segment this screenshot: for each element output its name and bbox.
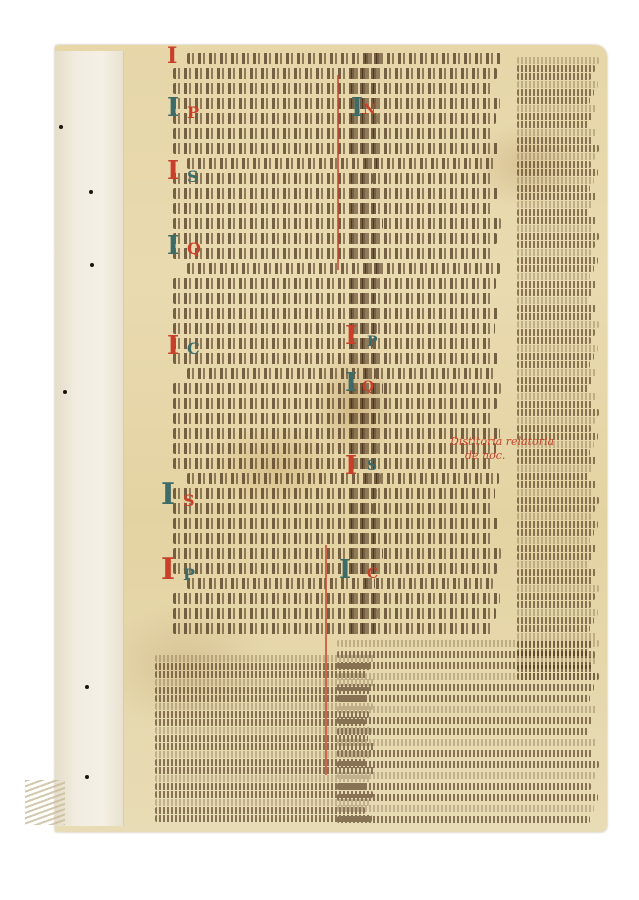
script-line (155, 695, 366, 702)
script-line (173, 518, 380, 529)
script-line (517, 305, 596, 312)
script-line (173, 128, 374, 139)
script-line (517, 249, 591, 256)
sewing-hole (59, 125, 63, 129)
script-line (337, 673, 598, 680)
script-line (351, 548, 501, 559)
script-line (337, 750, 592, 757)
sewing-hole (63, 390, 67, 394)
script-line (351, 518, 498, 529)
script-line (173, 458, 374, 469)
script-line (173, 533, 376, 544)
script-line (351, 218, 501, 229)
script-line (517, 105, 597, 112)
initial-I: I (351, 95, 363, 121)
sewing-hole (89, 190, 93, 194)
initial-S: S (367, 459, 377, 473)
script-line (517, 625, 590, 632)
script-line (351, 413, 493, 424)
sewing-hole (85, 685, 89, 689)
script-line (351, 533, 494, 544)
script-line (517, 545, 597, 552)
script-line (351, 278, 496, 289)
script-line (517, 169, 598, 176)
script-line (517, 537, 590, 544)
script-line (365, 368, 494, 379)
script-line (351, 173, 491, 184)
red-penwork-flourish (337, 75, 339, 270)
script-line (173, 338, 373, 349)
initial-I: I (345, 323, 357, 349)
script-line (517, 225, 592, 232)
script-line (517, 209, 589, 216)
script-line (517, 145, 599, 152)
script-line (517, 345, 598, 352)
script-line (365, 158, 495, 169)
script-line (517, 465, 593, 472)
script-line (517, 57, 599, 64)
script-line (337, 640, 599, 647)
script-line (155, 671, 367, 678)
script-line (517, 361, 590, 368)
script-line (337, 651, 595, 658)
script-line (517, 473, 589, 480)
script-line (517, 505, 595, 512)
script-line (517, 377, 593, 384)
initial-I: I (345, 453, 357, 479)
script-line (337, 662, 591, 669)
script-line (337, 739, 596, 746)
script-line (365, 53, 501, 64)
script-line (337, 684, 594, 691)
script-line (351, 623, 492, 634)
script-line (517, 265, 594, 272)
script-line (517, 233, 599, 240)
script-line (337, 805, 594, 812)
initial-I: I (339, 557, 351, 583)
script-line (517, 121, 589, 128)
initial-I: I (161, 480, 175, 510)
script-line (337, 717, 593, 724)
script-line (517, 609, 598, 616)
initial-I: I (167, 333, 179, 359)
manuscript-leaf: I I P I S I Q I C I S I P I N I P I Q I … (55, 45, 607, 832)
script-line (517, 161, 591, 168)
script-line (517, 185, 590, 192)
lower-commentary-right (337, 640, 599, 830)
script-line (173, 83, 375, 94)
script-line (517, 561, 589, 568)
script-line (173, 233, 379, 244)
script-line (351, 83, 493, 94)
script-line (517, 281, 597, 288)
initial-I: I (161, 555, 175, 585)
script-line (351, 503, 491, 514)
script-line (337, 794, 598, 801)
initial-C: C (187, 341, 200, 357)
initial-Q: Q (187, 241, 201, 257)
script-line (517, 113, 593, 120)
script-line (517, 385, 589, 392)
script-line (517, 601, 591, 608)
script-line (517, 217, 596, 224)
script-line (351, 353, 498, 364)
script-line (365, 578, 493, 589)
initial-I: I (167, 95, 179, 121)
script-line (337, 706, 597, 713)
script-line (173, 278, 378, 289)
script-line (155, 759, 367, 766)
initial-I: I (167, 158, 179, 184)
script-line (517, 65, 595, 72)
initial-P: P (187, 105, 199, 121)
script-line (517, 193, 597, 200)
script-line (351, 593, 500, 604)
script-line (517, 409, 599, 416)
script-line (337, 772, 595, 779)
script-line (173, 413, 375, 424)
script-line (517, 577, 592, 584)
script-line (517, 585, 599, 592)
script-line (351, 308, 499, 319)
initial-P: P (367, 335, 378, 349)
script-line (517, 177, 594, 184)
script-line (517, 81, 598, 88)
script-line (517, 89, 594, 96)
script-line (517, 201, 593, 208)
script-line (173, 173, 373, 184)
script-line (173, 293, 374, 304)
script-line (351, 248, 493, 259)
script-line (517, 97, 590, 104)
script-line (517, 633, 597, 640)
script-line (517, 289, 593, 296)
script-line (517, 137, 592, 144)
script-line (173, 503, 373, 514)
script-line (337, 783, 591, 790)
initial-P: P (183, 567, 195, 583)
script-line (517, 73, 591, 80)
script-line (517, 513, 591, 520)
initial-I: I (167, 233, 179, 259)
script-line (173, 68, 379, 79)
script-line (517, 569, 596, 576)
red-penwork-flourish (325, 545, 327, 775)
script-line (173, 308, 381, 319)
rubric-heading: de noc. (465, 449, 505, 462)
script-line (517, 593, 595, 600)
initial-I: I (345, 370, 357, 396)
script-line (173, 488, 377, 499)
script-line (173, 608, 378, 619)
script-line (517, 449, 590, 456)
script-line (517, 321, 599, 328)
script-line (187, 158, 377, 169)
script-line (517, 401, 592, 408)
script-line (517, 273, 590, 280)
script-line (173, 353, 380, 364)
initial-S: S (187, 169, 199, 185)
script-line (517, 257, 598, 264)
script-line (337, 816, 590, 823)
script-line (351, 323, 495, 334)
marginal-gloss-column (517, 57, 599, 677)
script-line (173, 188, 380, 199)
script-line (155, 719, 365, 726)
script-line (517, 457, 597, 464)
sewing-hole (90, 263, 94, 267)
script-line (351, 398, 497, 409)
script-line (351, 488, 495, 499)
script-line (517, 489, 592, 496)
script-line (517, 529, 594, 536)
paper-repair-strip (55, 51, 124, 826)
sewing-hole (85, 775, 89, 779)
script-line (337, 695, 590, 702)
script-line (173, 398, 379, 409)
initial-Q: Q (362, 380, 374, 394)
script-line (517, 153, 595, 160)
script-line (517, 369, 597, 376)
script-line (517, 553, 593, 560)
script-line (351, 143, 499, 154)
script-line (337, 761, 599, 768)
rubric-heading: Distitoria relatoria (450, 435, 554, 448)
script-line (517, 241, 595, 248)
script-line (517, 297, 589, 304)
script-line (173, 248, 375, 259)
script-line (155, 807, 365, 814)
script-line (517, 313, 592, 320)
script-line (351, 188, 498, 199)
initial-C: C (367, 567, 378, 581)
script-line (517, 353, 594, 360)
script-line (173, 143, 381, 154)
script-line (155, 783, 366, 790)
script-line (173, 623, 374, 634)
script-line (351, 203, 494, 214)
script-line (351, 128, 492, 139)
script-line (517, 481, 596, 488)
script-line (517, 497, 599, 504)
script-line (173, 203, 376, 214)
script-line (351, 233, 497, 244)
script-line (351, 68, 497, 79)
script-line (517, 129, 596, 136)
script-line (173, 113, 378, 124)
script-line (517, 521, 598, 528)
script-line (517, 617, 594, 624)
initial-N: N (363, 103, 376, 117)
script-line (517, 425, 591, 432)
script-line (365, 473, 499, 484)
script-line (517, 417, 595, 424)
script-line (337, 728, 589, 735)
initial-I: I (167, 45, 177, 67)
script-line (517, 337, 591, 344)
script-line (365, 263, 500, 274)
initial-S: S (183, 493, 195, 509)
script-line (351, 608, 496, 619)
script-line (517, 393, 596, 400)
script-line (351, 293, 492, 304)
script-line (517, 329, 595, 336)
frayed-corner (25, 780, 65, 825)
